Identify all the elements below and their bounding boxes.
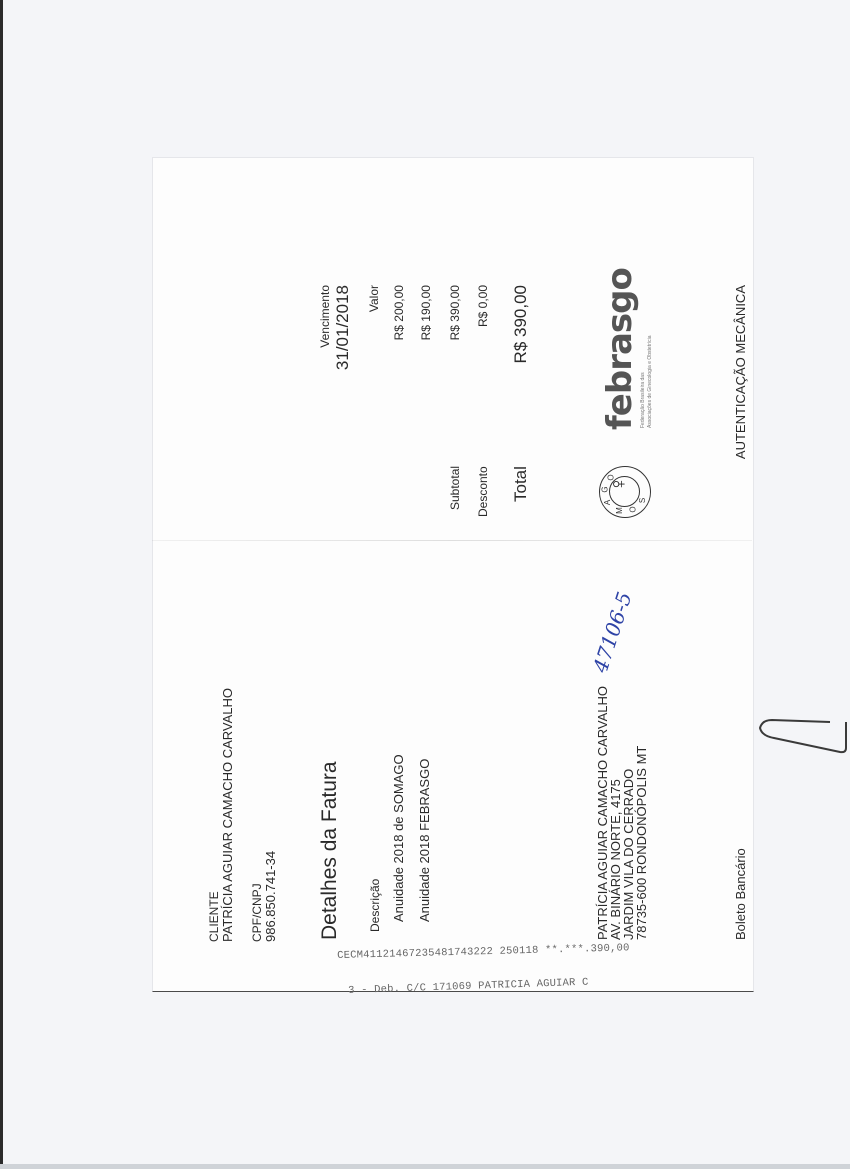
scan-edge xyxy=(0,0,3,1169)
due-label: Vencimento xyxy=(318,285,332,348)
febrasgo-logo: febrasgo xyxy=(600,268,640,430)
seal-letter: O xyxy=(606,474,615,480)
subtotal-label: Subtotal xyxy=(448,466,462,510)
paper-clip-icon xyxy=(758,716,848,758)
febrasgo-subtitle: Associações de Ginecologia e Obstetrícia xyxy=(647,335,653,428)
invoice-title: Detalhes da Fatura xyxy=(318,761,342,940)
invoice-paper xyxy=(152,157,754,992)
scan-edge-bottom xyxy=(0,1164,850,1169)
footer-authentication-label: AUTENTICAÇÃO MECÂNICA xyxy=(734,285,748,459)
seal-letter: S xyxy=(638,498,647,503)
discount-label: Desconto xyxy=(476,466,490,517)
client-label: CLIENTE xyxy=(207,891,221,942)
total-label: Total xyxy=(511,466,530,502)
col-value: Valor xyxy=(367,285,381,312)
discount-value: R$ 0,00 xyxy=(476,285,490,327)
item-description: Anuidade 2018 de SOMAGO xyxy=(392,754,406,922)
client-name: PATRÍCIA AGUIAR CAMACHO CARVALHO xyxy=(221,688,235,942)
item-value: R$ 200,00 xyxy=(392,285,406,340)
seal-letter: O xyxy=(629,507,638,513)
cpf-value: 986.850.741-34 xyxy=(264,851,278,942)
subtotal-value: R$ 390,00 xyxy=(448,285,462,340)
footer-boleto-label: Boleto Bancário xyxy=(734,848,748,940)
due-date: 31/01/2018 xyxy=(333,285,352,370)
seal-letter: A xyxy=(604,500,613,505)
total-value: R$ 390,00 xyxy=(511,285,530,363)
item-description: Anuidade 2018 FEBRASGO xyxy=(418,759,432,922)
item-value: R$ 190,00 xyxy=(419,285,433,340)
address-city: 78735-600 RONDONÓPOLIS MT xyxy=(635,746,649,940)
paper-fold-line xyxy=(152,540,752,541)
seal-letter: M xyxy=(615,507,624,514)
febrasgo-subtitle: Federação Brasileira das xyxy=(640,372,646,428)
col-description: Descrição xyxy=(368,879,382,932)
cpf-label: CPF/CNPJ xyxy=(250,883,264,942)
somago-seal-logo: ♀ SOMAGO xyxy=(599,466,651,518)
seal-letter: G xyxy=(601,486,610,492)
